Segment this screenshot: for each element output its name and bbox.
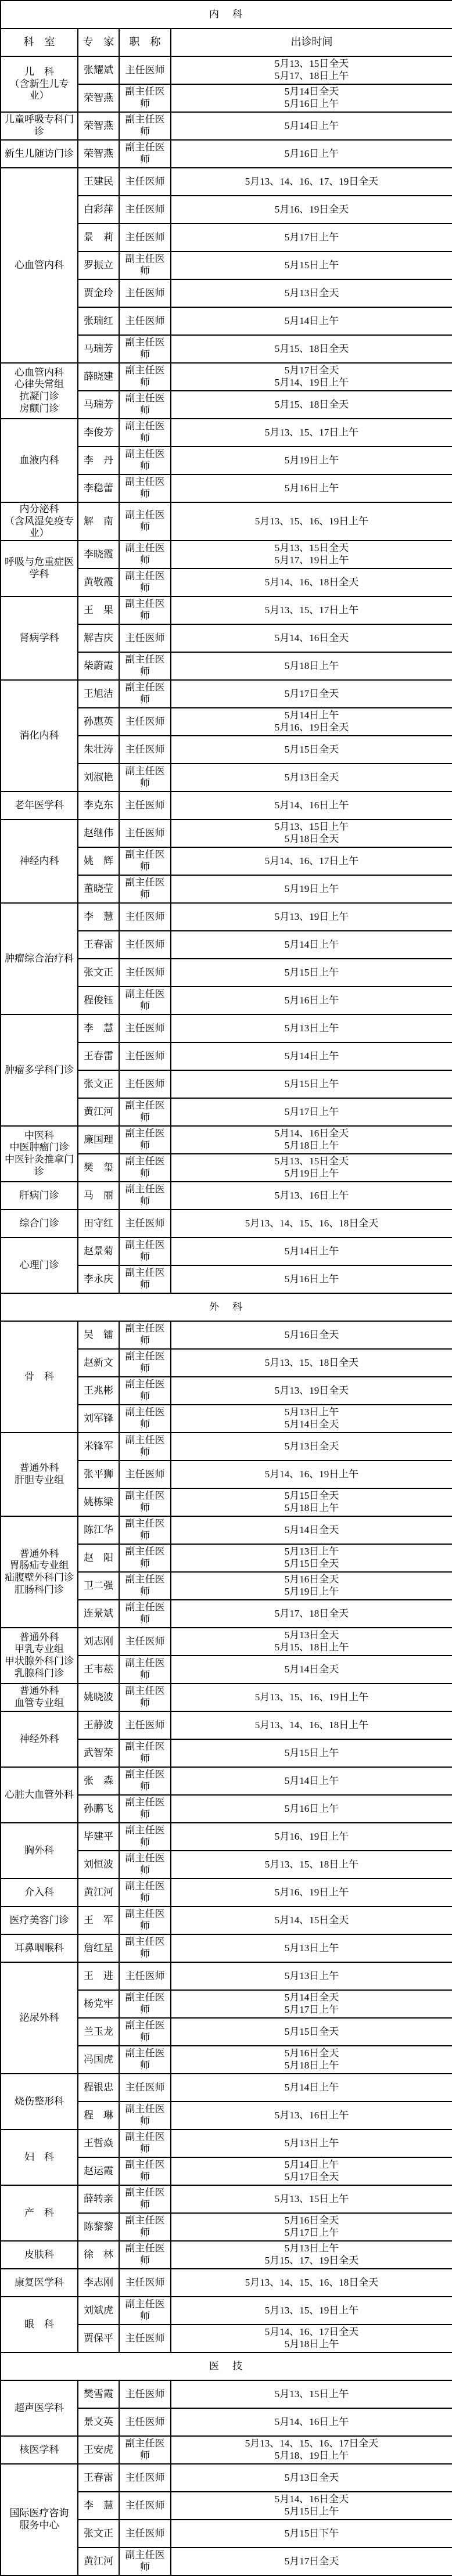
expert-name-cell: 赵继伟 xyxy=(78,819,119,847)
visit-time-cell: 5月14日上午 xyxy=(171,1042,452,1070)
expert-name-cell: 徐 林 xyxy=(78,2241,119,2269)
expert-name-cell: 贾金玲 xyxy=(78,279,119,307)
schedule-table: 内 科科 室专 家职 称出诊时间儿 科 （含新生儿专业）张耀斌主任医师5月13、… xyxy=(0,0,452,2576)
expert-name-cell: 王兆彬 xyxy=(78,1377,119,1405)
doctor-title-cell: 副主任医师 xyxy=(119,84,171,112)
doctor-title-cell: 副主任医师 xyxy=(119,764,171,791)
section-band-title: 内 科 xyxy=(1,1,452,28)
visit-time-cell: 5月15日上午 xyxy=(171,1739,452,1767)
visit-time-cell: 5月13、14、16、18日上午 xyxy=(171,1711,452,1739)
visit-time-cell: 5月13日全天 xyxy=(171,764,452,791)
table-row: 肝病门诊马 丽副主任医师5月13、16日上午 xyxy=(1,1182,452,1210)
visit-time-cell: 5月14日上午 xyxy=(171,112,452,140)
doctor-title-cell: 副主任医师 xyxy=(119,251,171,279)
visit-time-cell: 5月14日上午 xyxy=(171,931,452,959)
doctor-title-cell: 副主任医师 xyxy=(119,1265,171,1293)
visit-time-cell: 5月14、16、18日全天 xyxy=(171,569,452,596)
schedule-page: 内 科科 室专 家职 称出诊时间儿 科 （含新生儿专业）张耀斌主任医师5月13、… xyxy=(0,0,452,2576)
doctor-title-cell: 副主任医师 xyxy=(119,112,171,140)
department-cell: 神经内科 xyxy=(1,819,78,903)
doctor-title-cell: 副主任医师 xyxy=(119,1572,171,1600)
expert-name-cell: 姚栋梁 xyxy=(78,1488,119,1516)
expert-name-cell: 柴蔚霞 xyxy=(78,652,119,680)
column-header-0: 科 室 xyxy=(1,28,78,56)
visit-time-cell: 5月19日上午 xyxy=(171,875,452,903)
doctor-title-cell: 副主任医师 xyxy=(119,1795,171,1823)
department-cell: 心血管内科 心律失常组 抗凝门诊 房颤门诊 xyxy=(1,363,78,419)
expert-name-cell: 米锋军 xyxy=(78,1433,119,1460)
visit-time-cell: 5月13日上午 xyxy=(171,2129,452,2157)
doctor-title-cell: 副主任医师 xyxy=(119,2185,171,2213)
department-cell: 烧伤整形科 xyxy=(1,2074,78,2129)
expert-name-cell: 卫二强 xyxy=(78,1572,119,1600)
doctor-title-cell: 主任医师 xyxy=(119,2380,171,2408)
expert-name-cell: 李克东 xyxy=(78,791,119,819)
column-header-row: 科 室专 家职 称出诊时间 xyxy=(1,28,452,56)
expert-name-cell: 白彩萍 xyxy=(78,196,119,224)
department-cell: 胸外科 xyxy=(1,1823,78,1879)
expert-name-cell: 程银忠 xyxy=(78,2074,119,2102)
visit-time-cell: 5月13日上午 xyxy=(171,1962,452,1990)
expert-name-cell: 王韦菘 xyxy=(78,1656,119,1683)
expert-name-cell: 张平狮 xyxy=(78,1460,119,1488)
section-band-row: 医 技 xyxy=(1,2352,452,2380)
doctor-title-cell: 副主任医师 xyxy=(119,1906,171,1934)
doctor-title-cell: 副主任医师 xyxy=(119,2157,171,2185)
doctor-title-cell: 副主任医师 xyxy=(119,335,171,363)
doctor-title-cell: 主任医师 xyxy=(119,2464,171,2492)
table-row: 胸外科毕建平副主任医师5月16、19日上午 xyxy=(1,1823,452,1851)
table-row: 耳鼻咽喉科詹红星副主任医师5月13日上午 xyxy=(1,1934,452,1962)
doctor-title-cell: 副主任医师 xyxy=(119,1544,171,1572)
doctor-title-cell: 副主任医师 xyxy=(119,2213,171,2241)
department-cell: 肾病学科 xyxy=(1,596,78,680)
department-cell: 普通外科 胃肠疝专业组 疝腹壁外科门诊 肛肠科门诊 xyxy=(1,1516,78,1628)
expert-name-cell: 冯国虎 xyxy=(78,2046,119,2074)
table-row: 内分泌科 （含风湿免疫专业）解 南副主任医师5月13、15、16、19日上午 xyxy=(1,502,452,541)
expert-name-cell: 李晓霞 xyxy=(78,541,119,569)
visit-time-cell: 5月13、15日上午 xyxy=(171,2380,452,2408)
expert-name-cell: 马瑞芳 xyxy=(78,335,119,363)
expert-name-cell: 姚晓波 xyxy=(78,1683,119,1711)
visit-time-cell: 5月13日全天 xyxy=(171,2464,452,2492)
visit-time-cell: 5月16日上午 xyxy=(171,474,452,502)
table-row: 肿瘤多学科门诊李 慧主任医师5月13日上午 xyxy=(1,1014,452,1042)
doctor-title-cell: 副主任医师 xyxy=(119,847,171,875)
doctor-title-cell: 副主任医师 xyxy=(119,2102,171,2129)
doctor-title-cell: 主任医师 xyxy=(119,1460,171,1488)
visit-time-cell: 5月13日上午 xyxy=(171,1934,452,1962)
doctor-title-cell: 副主任医师 xyxy=(119,1683,171,1711)
expert-name-cell: 景文英 xyxy=(78,2408,119,2436)
doctor-title-cell: 副主任医师 xyxy=(119,875,171,903)
expert-name-cell: 王静波 xyxy=(78,1711,119,1739)
visit-time-cell: 5月16日上午 xyxy=(171,140,452,168)
doctor-title-cell: 副主任医师 xyxy=(119,1851,171,1879)
visit-time-cell: 5月17、18日全天 xyxy=(171,1600,452,1628)
visit-time-cell: 5月15日上午 xyxy=(171,959,452,987)
expert-name-cell: 王春雷 xyxy=(78,931,119,959)
visit-time-cell: 5月13、16日上午 xyxy=(171,1182,452,1210)
expert-name-cell: 薛晓建 xyxy=(78,363,119,391)
expert-name-cell: 连景斌 xyxy=(78,1600,119,1628)
visit-time-cell: 5月17日上午 xyxy=(171,1098,452,1126)
table-row: 儿 科 （含新生儿专业）张耀斌主任医师5月13、15日全天 5月17、18日上午 xyxy=(1,56,452,84)
doctor-title-cell: 副主任医师 xyxy=(119,2129,171,2157)
expert-name-cell: 孙鹏飞 xyxy=(78,1795,119,1823)
expert-name-cell: 陈黎黎 xyxy=(78,2213,119,2241)
visit-time-cell: 5月13日上午 5月15日全天 xyxy=(171,1544,452,1572)
expert-name-cell: 黄江河 xyxy=(78,1879,119,1906)
expert-name-cell: 张瑞红 xyxy=(78,307,119,335)
visit-time-cell: 5月14、16、17日上午 xyxy=(171,847,452,875)
visit-time-cell: 5月13、15日全天 5月19日上午 xyxy=(171,1154,452,1182)
doctor-title-cell: 副主任医师 xyxy=(119,1823,171,1851)
doctor-title-cell: 副主任医师 xyxy=(119,474,171,502)
doctor-title-cell: 主任医师 xyxy=(119,2325,171,2352)
expert-name-cell: 王建民 xyxy=(78,168,119,196)
expert-name-cell: 董晓莹 xyxy=(78,875,119,903)
doctor-title-cell: 主任医师 xyxy=(119,959,171,987)
visit-time-cell: 5月13、14、15、16、18日全天 xyxy=(171,2269,452,2297)
visit-time-cell: 5月13、15、17日上午 xyxy=(171,419,452,447)
doctor-title-cell: 副主任医师 xyxy=(119,1405,171,1433)
department-cell: 儿 科 （含新生儿专业） xyxy=(1,56,78,112)
department-cell: 康复医学科 xyxy=(1,2269,78,2297)
department-cell: 肝病门诊 xyxy=(1,1182,78,1210)
visit-time-cell: 5月14日全天 xyxy=(171,1516,452,1544)
doctor-title-cell: 副主任医师 xyxy=(119,596,171,624)
expert-name-cell: 解 南 xyxy=(78,502,119,541)
visit-time-cell: 5月16日上午 xyxy=(171,987,452,1014)
expert-name-cell: 张文正 xyxy=(78,2520,119,2548)
department-cell: 神经外科 xyxy=(1,1711,78,1767)
doctor-title-cell: 副主任医师 xyxy=(119,1349,171,1377)
table-row: 血液内科李俊芳副主任医师5月13、15、17日上午 xyxy=(1,419,452,447)
visit-time-cell: 5月13、16日上午 xyxy=(171,2102,452,2129)
visit-time-cell: 5月14、16、17日全天 5月18日上午 xyxy=(171,2325,452,2352)
doctor-title-cell: 主任医师 xyxy=(119,624,171,652)
table-row: 心脏大血管外科张 森副主任医师5月14日上午 xyxy=(1,1767,452,1795)
table-row: 泌尿外科王 进主任医师5月13日上午 xyxy=(1,1962,452,1990)
table-row: 神经内科赵继伟主任医师5月13、15日上午 5月18日全天 xyxy=(1,819,452,847)
table-row: 心血管内科 心律失常组 抗凝门诊 房颤门诊薛晓建副主任医师5月17日全天 5月1… xyxy=(1,363,452,391)
expert-name-cell: 荣智燕 xyxy=(78,140,119,168)
visit-time-cell: 5月14日全天 5月17日上午 xyxy=(171,1990,452,2018)
visit-time-cell: 5月13日上午 5月15、17、19日全天 xyxy=(171,2241,452,2269)
schedule-table-body: 内 科科 室专 家职 称出诊时间儿 科 （含新生儿专业）张耀斌主任医师5月13、… xyxy=(1,1,452,2575)
expert-name-cell: 武智荣 xyxy=(78,1739,119,1767)
department-cell: 核医学科 xyxy=(1,2436,78,2464)
doctor-title-cell: 主任医师 xyxy=(119,1014,171,1042)
section-band-title: 外 科 xyxy=(1,1293,452,1321)
expert-name-cell: 李志刚 xyxy=(78,2269,119,2297)
expert-name-cell: 罗振立 xyxy=(78,251,119,279)
column-header-2: 职 称 xyxy=(119,28,171,56)
expert-name-cell: 王 进 xyxy=(78,1962,119,1990)
expert-name-cell: 田守红 xyxy=(78,1210,119,1237)
visit-time-cell: 5月13、15、16、19日上午 xyxy=(171,1683,452,1711)
doctor-title-cell: 副主任医师 xyxy=(119,680,171,708)
visit-time-cell: 5月13日全天 xyxy=(171,279,452,307)
department-cell: 肿瘤多学科门诊 xyxy=(1,1014,78,1126)
doctor-title-cell: 主任医师 xyxy=(119,56,171,84)
table-row: 皮肤科徐 林副主任医师5月13日上午 5月15、17、19日全天 xyxy=(1,2241,452,2269)
expert-name-cell: 刘斌虎 xyxy=(78,2297,119,2325)
department-cell: 血液内科 xyxy=(1,419,78,502)
visit-time-cell: 5月16日上午 xyxy=(171,1265,452,1293)
expert-name-cell: 程俊钰 xyxy=(78,987,119,1014)
department-cell: 普通外科 肝胆专业组 xyxy=(1,1433,78,1516)
doctor-title-cell: 主任医师 xyxy=(119,1711,171,1739)
expert-name-cell: 马 丽 xyxy=(78,1182,119,1210)
visit-time-cell: 5月15日全天 xyxy=(171,736,452,764)
visit-time-cell: 5月16日全天 5月17日上午 xyxy=(171,2213,452,2241)
department-cell: 产 科 xyxy=(1,2185,78,2241)
doctor-title-cell: 副主任医师 xyxy=(119,1934,171,1962)
doctor-title-cell: 主任医师 xyxy=(119,903,171,931)
visit-time-cell: 5月14、16日全天 xyxy=(171,624,452,652)
visit-time-cell: 5月13、15、17日上午 xyxy=(171,596,452,624)
doctor-title-cell: 副主任医师 xyxy=(119,1377,171,1405)
expert-name-cell: 张文正 xyxy=(78,1070,119,1098)
expert-name-cell: 李俊芳 xyxy=(78,419,119,447)
visit-time-cell: 5月14日上午 xyxy=(171,1767,452,1795)
expert-name-cell: 解吉庆 xyxy=(78,624,119,652)
visit-time-cell: 5月15日上午 xyxy=(171,1070,452,1098)
visit-time-cell: 5月14、16、19日上午 xyxy=(171,1460,452,1488)
expert-name-cell: 詹红星 xyxy=(78,1934,119,1962)
visit-time-cell: 5月13、15、16、19日上午 xyxy=(171,502,452,541)
expert-name-cell: 张文正 xyxy=(78,959,119,987)
visit-time-cell: 5月13日上午 xyxy=(171,1014,452,1042)
department-cell: 老年医学科 xyxy=(1,791,78,819)
expert-name-cell: 李 慧 xyxy=(78,1014,119,1042)
visit-time-cell: 5月16、19日上午 xyxy=(171,1823,452,1851)
expert-name-cell: 李永庆 xyxy=(78,1265,119,1293)
visit-time-cell: 5月13、15、18日上午 xyxy=(171,1851,452,1879)
doctor-title-cell: 副主任医师 xyxy=(119,363,171,391)
expert-name-cell: 李稳蕾 xyxy=(78,474,119,502)
doctor-title-cell: 主任医师 xyxy=(119,791,171,819)
department-cell: 介入科 xyxy=(1,1879,78,1906)
doctor-title-cell: 副主任医师 xyxy=(119,987,171,1014)
expert-name-cell: 赵景菊 xyxy=(78,1237,119,1265)
doctor-title-cell: 副主任医师 xyxy=(119,652,171,680)
expert-name-cell: 程 琳 xyxy=(78,2102,119,2129)
department-cell: 肿瘤综合治疗科 xyxy=(1,903,78,1014)
visit-time-cell: 5月13、15日上午 5月18日全天 xyxy=(171,819,452,847)
department-cell: 医疗美容门诊 xyxy=(1,1906,78,1934)
table-row: 心血管内科王建民主任医师5月13、14、16、17、19日全天 xyxy=(1,168,452,196)
visit-time-cell: 5月13日全天 xyxy=(171,1433,452,1460)
expert-name-cell: 廉国理 xyxy=(78,1126,119,1154)
doctor-title-cell: 主任医师 xyxy=(119,2492,171,2520)
table-row: 骨 科吴 镭副主任医师5月16日全天 xyxy=(1,1321,452,1349)
visit-time-cell: 5月14日上午 xyxy=(171,307,452,335)
expert-name-cell: 刘恒波 xyxy=(78,1851,119,1879)
visit-time-cell: 5月14、15日全天 xyxy=(171,1906,452,1934)
table-row: 普通外科 甲乳专业组 甲状腺外科门诊 乳腺科门诊刘志刚主任医师5月13日全天 5… xyxy=(1,1628,452,1656)
section-band-title: 医 技 xyxy=(1,2352,452,2380)
department-cell: 新生儿随访门诊 xyxy=(1,140,78,168)
doctor-title-cell: 副主任医师 xyxy=(119,2436,171,2464)
expert-name-cell: 孙惠英 xyxy=(78,708,119,736)
visit-time-cell: 5月15日全天 xyxy=(171,2018,452,2046)
doctor-title-cell: 主任医师 xyxy=(119,2520,171,2548)
expert-name-cell: 王 军 xyxy=(78,1906,119,1934)
table-row: 介入科黄江河副主任医师5月16、19日上午 xyxy=(1,1879,452,1906)
department-cell: 国际医疗咨询 服务中心 xyxy=(1,2464,78,2575)
visit-time-cell: 5月15、18日全天 xyxy=(171,391,452,419)
doctor-title-cell: 主任医师 xyxy=(119,931,171,959)
column-header-3: 出诊时间 xyxy=(171,28,452,56)
expert-name-cell: 贾保平 xyxy=(78,2325,119,2352)
visit-time-cell: 5月16、19日上午 xyxy=(171,1879,452,1906)
expert-name-cell: 马瑞芳 xyxy=(78,391,119,419)
department-cell: 妇 科 xyxy=(1,2129,78,2185)
visit-time-cell: 5月13、15日上午 xyxy=(171,2185,452,2213)
doctor-title-cell: 副主任医师 xyxy=(119,1126,171,1154)
expert-name-cell: 李 慧 xyxy=(78,903,119,931)
visit-time-cell: 5月13、15、19日上午 xyxy=(171,2297,452,2325)
department-cell: 呼吸与危重症医学科 xyxy=(1,541,78,596)
department-cell: 心理门诊 xyxy=(1,1237,78,1293)
visit-time-cell: 5月13、15日全天 5月17、18日上午 xyxy=(171,56,452,84)
doctor-title-cell: 主任医师 xyxy=(119,1070,171,1098)
visit-time-cell: 5月14、16日全天 5月15日上午 xyxy=(171,2492,452,2520)
visit-time-cell: 5月17日上午 xyxy=(171,224,452,251)
doctor-title-cell: 副主任医师 xyxy=(119,1767,171,1795)
table-row: 神经外科王静波主任医师5月13、14、16、18日上午 xyxy=(1,1711,452,1739)
expert-name-cell: 王春雷 xyxy=(78,2464,119,2492)
department-cell: 内分泌科 （含风湿免疫专业） xyxy=(1,502,78,541)
table-row: 普通外科 胃肠疝专业组 疝腹壁外科门诊 肛肠科门诊陈江华副主任医师5月14日全天 xyxy=(1,1516,452,1544)
expert-name-cell: 黄敬霞 xyxy=(78,569,119,596)
department-cell: 普通外科 血管专业组 xyxy=(1,1683,78,1711)
expert-name-cell: 樊 玺 xyxy=(78,1154,119,1182)
doctor-title-cell: 副主任医师 xyxy=(119,2548,171,2575)
visit-time-cell: 5月15日全天 5月18日上午 xyxy=(171,1488,452,1516)
doctor-title-cell: 副主任医师 xyxy=(119,502,171,541)
table-row: 综合门诊田守红主任医师5月13、14、15、16、18日全天 xyxy=(1,1210,452,1237)
doctor-title-cell: 副主任医师 xyxy=(119,1182,171,1210)
visit-time-cell: 5月17日全天 5月14、19日上午 xyxy=(171,363,452,391)
doctor-title-cell: 副主任医师 xyxy=(119,1600,171,1628)
expert-name-cell: 刘志刚 xyxy=(78,1628,119,1656)
expert-name-cell: 王春雷 xyxy=(78,1042,119,1070)
expert-name-cell: 薛转亲 xyxy=(78,2185,119,2213)
table-row: 普通外科 血管专业组姚晓波副主任医师5月13、15、16、19日上午 xyxy=(1,1683,452,1711)
table-row: 国际医疗咨询 服务中心王春雷主任医师5月13日全天 xyxy=(1,2464,452,2492)
expert-name-cell: 刘淑艳 xyxy=(78,764,119,791)
visit-time-cell: 5月14日上午 xyxy=(171,2074,452,2102)
doctor-title-cell: 主任医师 xyxy=(119,1042,171,1070)
doctor-title-cell: 副主任医师 xyxy=(119,569,171,596)
doctor-title-cell: 副主任医师 xyxy=(119,391,171,419)
expert-name-cell: 荣智燕 xyxy=(78,112,119,140)
table-row: 产 科薛转亲副主任医师5月13、15日上午 xyxy=(1,2185,452,2213)
visit-time-cell: 5月13、15日全天 5月17、19日上午 xyxy=(171,541,452,569)
visit-time-cell: 5月14、16日上午 xyxy=(171,2408,452,2436)
doctor-title-cell: 副主任医师 xyxy=(119,1656,171,1683)
department-cell: 消化内科 xyxy=(1,680,78,791)
table-row: 儿童呼吸专科门诊荣智燕副主任医师5月14日上午 xyxy=(1,112,452,140)
doctor-title-cell: 副主任医师 xyxy=(119,140,171,168)
doctor-title-cell: 主任医师 xyxy=(119,2269,171,2297)
doctor-title-cell: 副主任医师 xyxy=(119,1739,171,1767)
table-row: 肾病学科王 果副主任医师5月13、15、17日上午 xyxy=(1,596,452,624)
table-row: 妇 科王哲焱副主任医师5月13日上午 xyxy=(1,2129,452,2157)
section-band-row: 内 科 xyxy=(1,1,452,28)
visit-time-cell: 5月14日上午 xyxy=(171,1237,452,1265)
visit-time-cell: 5月13、14、16、17、19日全天 xyxy=(171,168,452,196)
department-cell: 综合门诊 xyxy=(1,1210,78,1237)
doctor-title-cell: 副主任医师 xyxy=(119,2046,171,2074)
expert-name-cell: 赵新文 xyxy=(78,1349,119,1377)
expert-name-cell: 刘军锋 xyxy=(78,1405,119,1433)
doctor-title-cell: 主任医师 xyxy=(119,307,171,335)
department-cell: 中医科 中医肿瘤门诊 中医针灸推拿门诊 xyxy=(1,1126,78,1182)
doctor-title-cell: 主任医师 xyxy=(119,2408,171,2436)
visit-time-cell: 5月15、18日全天 xyxy=(171,335,452,363)
visit-time-cell: 5月13日上午 5月14日全天 xyxy=(171,1405,452,1433)
expert-name-cell: 陈江华 xyxy=(78,1516,119,1544)
doctor-title-cell: 主任医师 xyxy=(119,736,171,764)
department-cell: 耳鼻咽喉科 xyxy=(1,1934,78,1962)
visit-time-cell: 5月17日全天 xyxy=(171,680,452,708)
visit-time-cell: 5月15日上午 xyxy=(171,251,452,279)
visit-time-cell: 5月17日全天 xyxy=(171,2548,452,2575)
table-row: 呼吸与危重症医学科李晓霞副主任医师5月13、15日全天 5月17、19日上午 xyxy=(1,541,452,569)
table-row: 医疗美容门诊王 军副主任医师5月14、15日全天 xyxy=(1,1906,452,1934)
doctor-title-cell: 主任医师 xyxy=(119,1628,171,1656)
table-row: 烧伤整形科程银忠主任医师5月14日上午 xyxy=(1,2074,452,2102)
expert-name-cell: 李 丹 xyxy=(78,447,119,474)
visit-time-cell: 5月13、14、15、16、18日全天 xyxy=(171,1210,452,1237)
doctor-title-cell: 主任医师 xyxy=(119,279,171,307)
visit-time-cell: 5月14日全天 xyxy=(171,1656,452,1683)
doctor-title-cell: 主任医师 xyxy=(119,819,171,847)
department-cell: 眼 科 xyxy=(1,2297,78,2352)
doctor-title-cell: 主任医师 xyxy=(119,196,171,224)
table-row: 肿瘤综合治疗科李 慧主任医师5月13、19日上午 xyxy=(1,903,452,931)
department-cell: 皮肤科 xyxy=(1,2241,78,2269)
expert-name-cell: 张耀斌 xyxy=(78,56,119,84)
expert-name-cell: 朱壮涛 xyxy=(78,736,119,764)
table-row: 康复医学科李志刚主任医师5月13、14、15、16、18日全天 xyxy=(1,2269,452,2297)
expert-name-cell: 黄江河 xyxy=(78,2548,119,2575)
department-cell: 超声医学科 xyxy=(1,2380,78,2436)
doctor-title-cell: 副主任医师 xyxy=(119,1990,171,2018)
doctor-title-cell: 副主任医师 xyxy=(119,1154,171,1182)
visit-time-cell: 5月13日全天 5月15、18日上午 xyxy=(171,1628,452,1656)
department-cell: 儿童呼吸专科门诊 xyxy=(1,112,78,140)
visit-time-cell: 5月15日下午 xyxy=(171,2520,452,2548)
expert-name-cell: 李 慧 xyxy=(78,2492,119,2520)
doctor-title-cell: 副主任医师 xyxy=(119,1237,171,1265)
table-row: 中医科 中医肿瘤门诊 中医针灸推拿门诊廉国理副主任医师5月14、16日全天 5月… xyxy=(1,1126,452,1154)
visit-time-cell: 5月14、16日上午 xyxy=(171,791,452,819)
doctor-title-cell: 副主任医师 xyxy=(119,541,171,569)
expert-name-cell: 杨党牢 xyxy=(78,1990,119,2018)
visit-time-cell: 5月14、16日全天 5月18日上午 xyxy=(171,1126,452,1154)
expert-name-cell: 樊雪霞 xyxy=(78,2380,119,2408)
expert-name-cell: 景 莉 xyxy=(78,224,119,251)
doctor-title-cell: 副主任医师 xyxy=(119,2297,171,2325)
expert-name-cell: 王 果 xyxy=(78,596,119,624)
visit-time-cell: 5月13、19日上午 xyxy=(171,903,452,931)
